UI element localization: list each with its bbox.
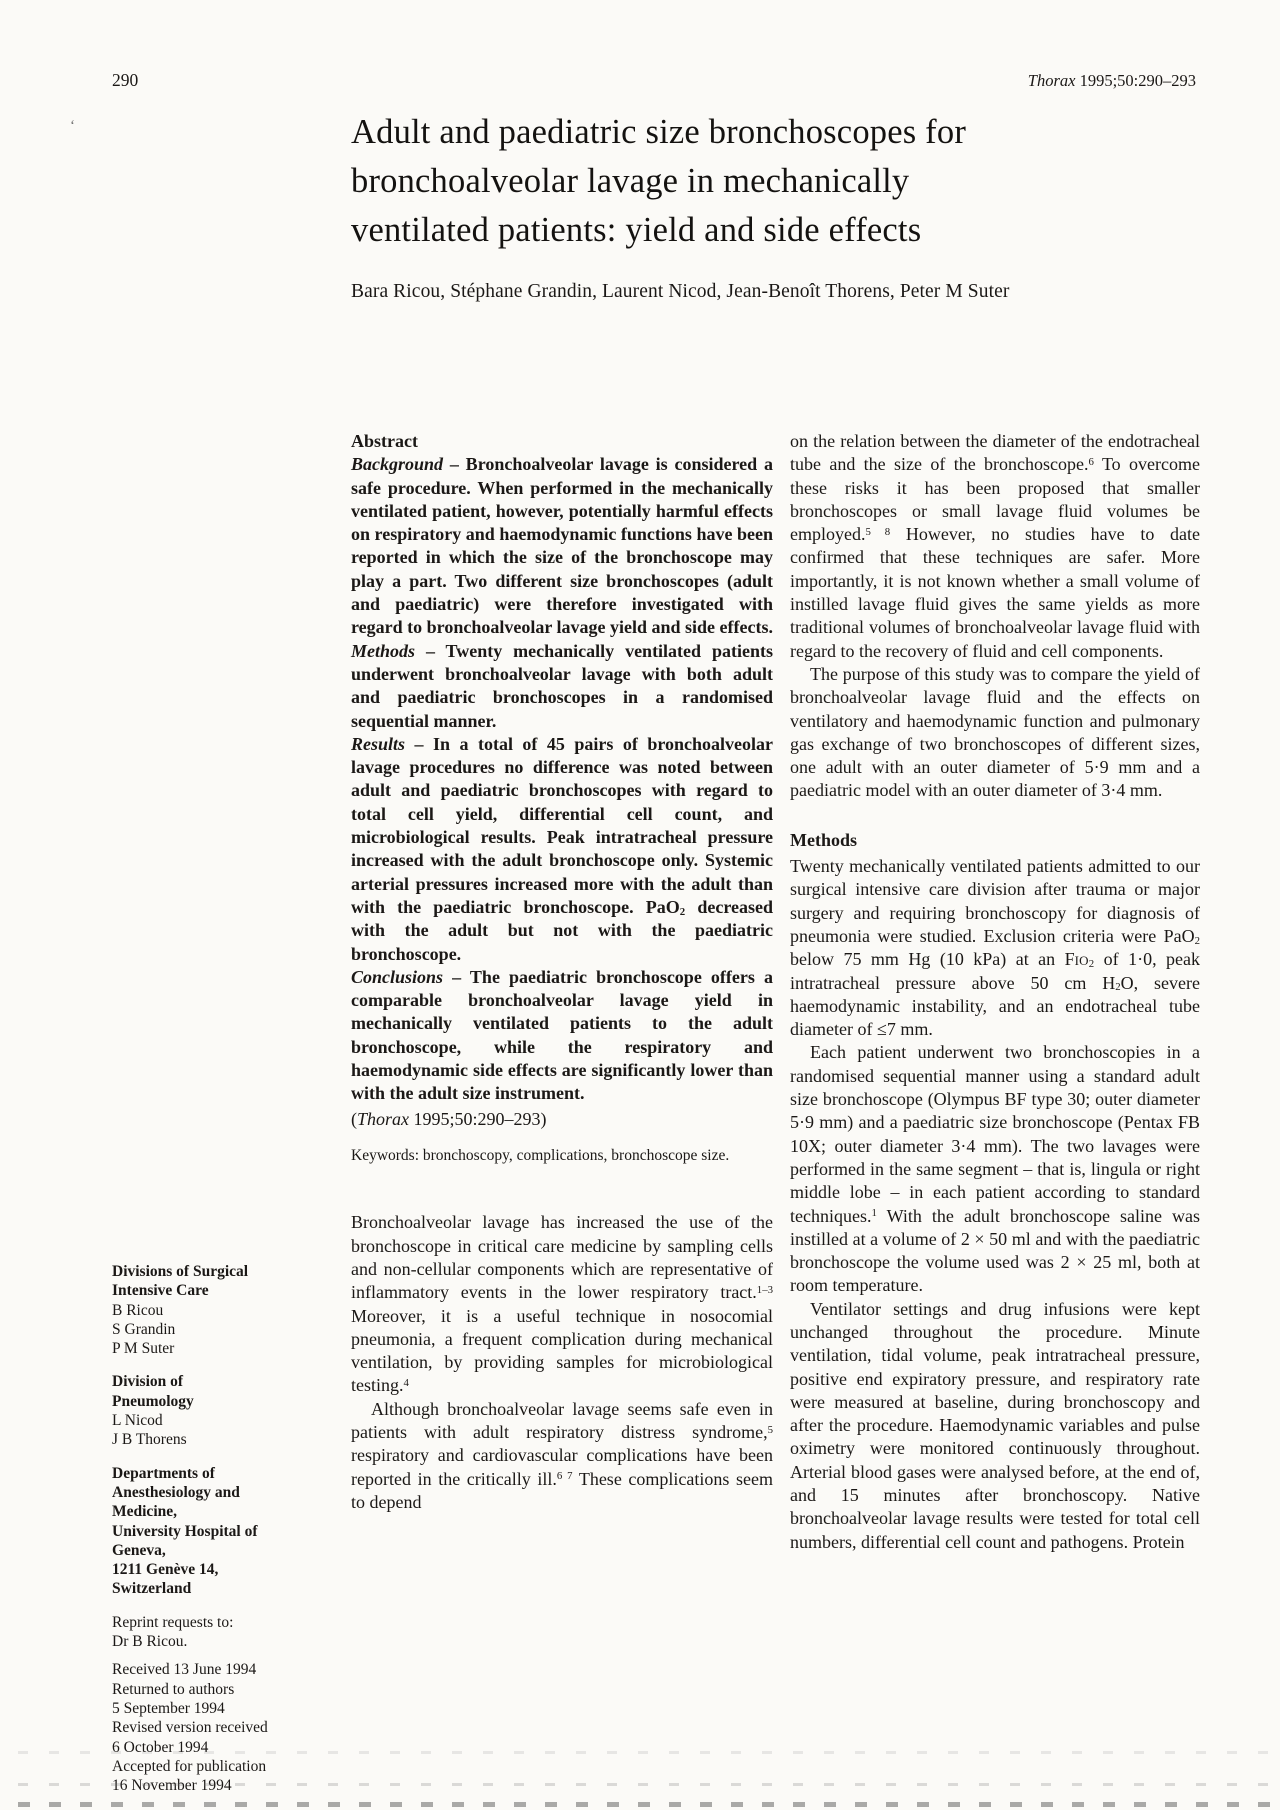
affiliation-group-surgical-intensive-care: Divisions of Surgical Intensive Care B R… [112,1262,302,1358]
affiliations-column: Divisions of Surgical Intensive Care B R… [112,1262,302,1809]
affiliation-group-pneumology: Division of Pneumology L Nicod J B Thore… [112,1372,302,1449]
left-column: Abstract Background – Bronchoalveolar la… [351,430,773,1554]
scan-artifact-mark: ‘ [70,118,75,135]
reprint-requests-note: Reprint requests to: Dr B Ricou. [112,1613,302,1652]
intro-paragraph-2: Although bronchoalveolar lavage seems sa… [351,1398,773,1514]
article-title: Adult and paediatric size bronchoscopes … [351,108,1091,255]
affiliation-group-address: Departments of Anesthesiology and Medici… [112,1464,302,1599]
methods-paragraph-2: Each patient underwent two bronchoscopie… [790,1041,1200,1297]
affiliation-heading: Divisions of Surgical Intensive Care [112,1262,302,1301]
running-head: 290 Thorax 1995;50:290–293 [112,70,1196,91]
scan-dots-row [18,1802,1274,1807]
article-citation: (Thorax 1995;50:290–293) [351,1108,773,1131]
abstract-conclusions-paragraph: Conclusions – The paediatric bronchoscop… [351,966,773,1106]
affiliation-names: B Ricou S Grandin P M Suter [112,1301,302,1359]
methods-section-heading: Methods [790,829,1200,852]
abstract-methods-paragraph: Methods – Twenty mechanically ventilated… [351,640,773,733]
received-dates-note: Received 13 June 1994 Returned to author… [112,1660,302,1795]
journal-reference: Thorax 1995;50:290–293 [1028,71,1196,91]
intro-paragraph-1: Bronchoalveolar lavage has increased the… [351,1211,773,1397]
page-number: 290 [112,70,138,91]
right-column: on the relation between the diameter of … [790,430,1200,1554]
reprint-requests-text: Reprint requests to: Dr B Ricou. [112,1613,302,1652]
abstract-background-paragraph: Background – Bronchoalveolar lavage is c… [351,453,773,639]
methods-paragraph-3: Ventilator settings and drug infusions w… [790,1298,1200,1554]
abstract-heading: Abstract [351,430,773,453]
scan-dots-row [18,1783,1274,1786]
article-body: Abstract Background – Bronchoalveolar la… [351,430,1200,1554]
authors-line: Bara Ricou, Stéphane Grandin, Laurent Ni… [351,281,1191,303]
received-dates-text: Received 13 June 1994 Returned to author… [112,1660,302,1795]
body-paragraph-purpose: The purpose of this study was to compare… [790,663,1200,803]
affiliation-names: L Nicod J B Thorens [112,1411,302,1450]
affiliation-heading: Division of Pneumology [112,1372,302,1411]
body-paragraph-continuation: on the relation between the diameter of … [790,430,1200,663]
scan-dots-row [18,1751,1274,1754]
methods-paragraph-1: Twenty mechanically ventilated patients … [790,855,1200,1041]
affiliation-address: Departments of Anesthesiology and Medici… [112,1464,302,1599]
abstract-results-paragraph: Results – In a total of 45 pairs of bron… [351,733,773,966]
keywords-line: Keywords: bronchoscopy, complications, b… [351,1146,773,1166]
